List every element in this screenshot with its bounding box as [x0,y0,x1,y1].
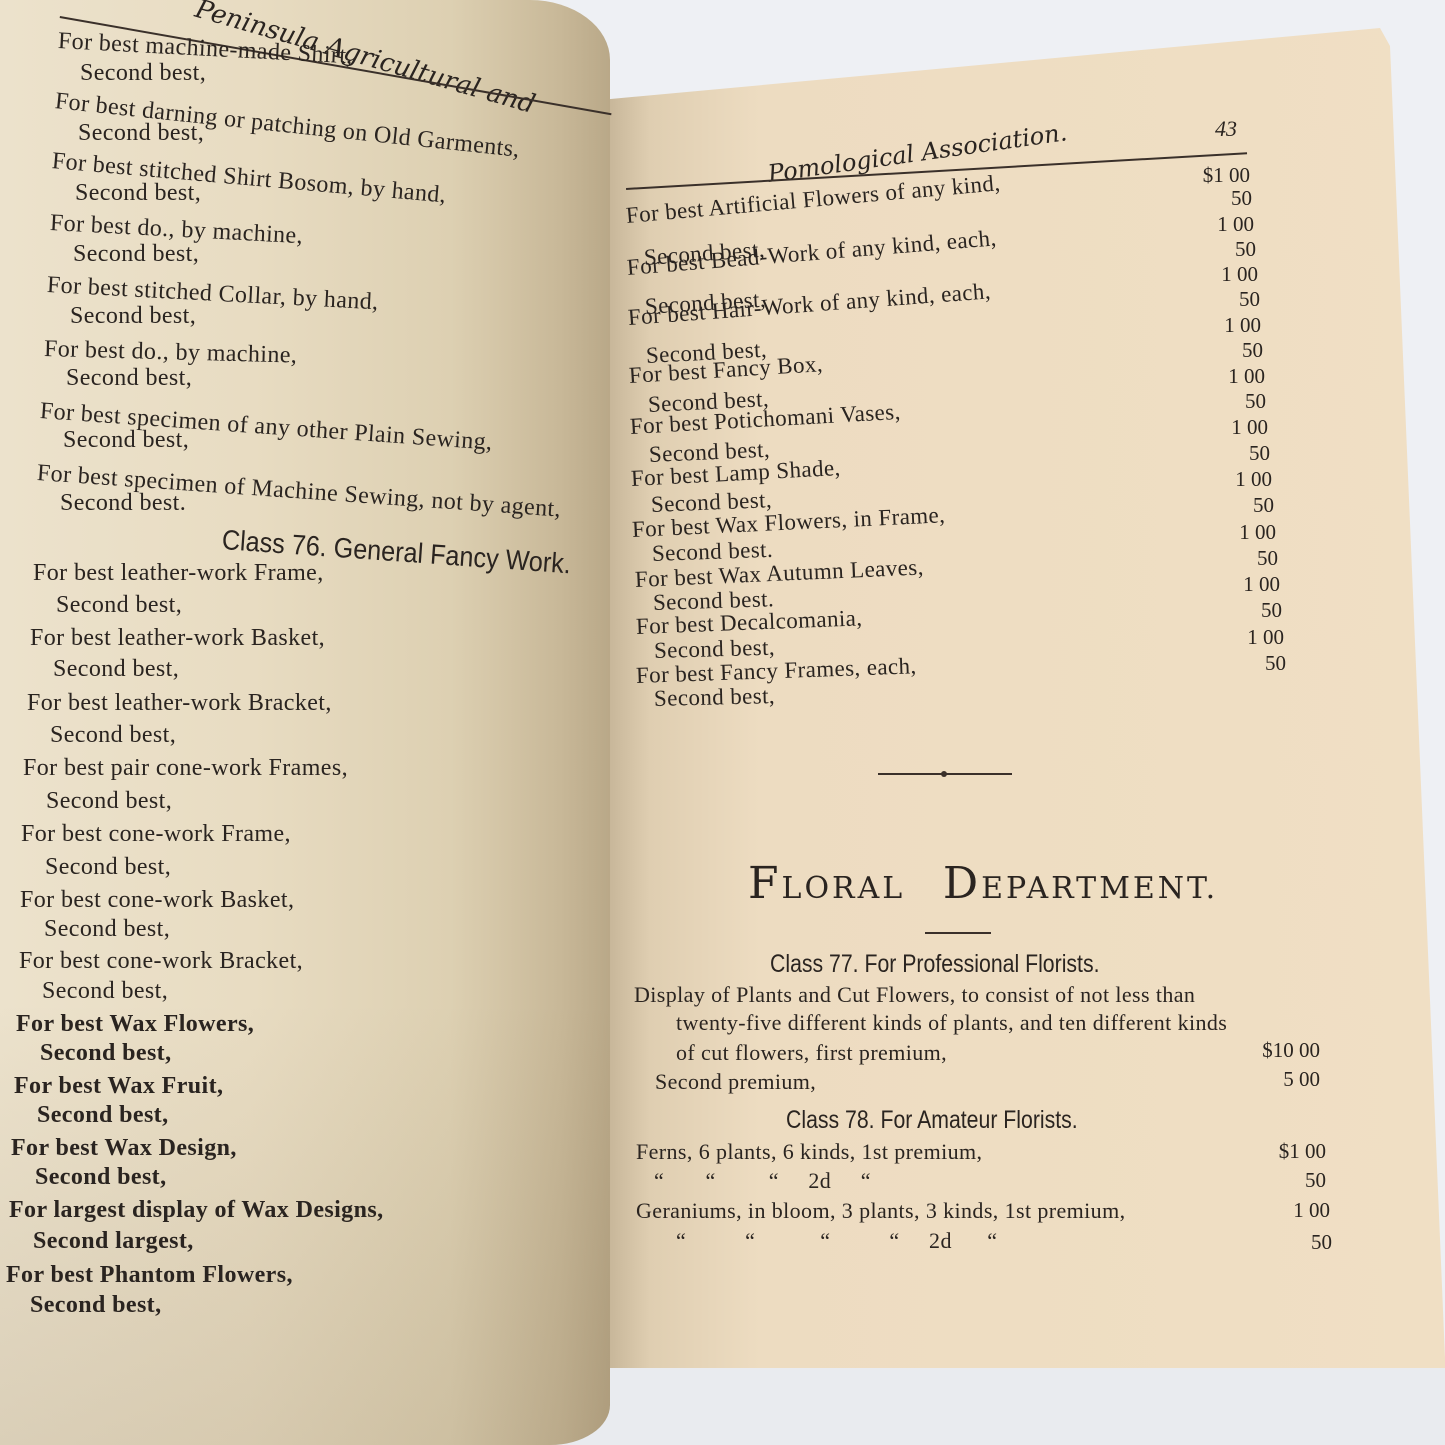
list-item: For best Wax Fruit, [14,1073,223,1100]
list-item: For best Wax Flowers, [16,1011,254,1038]
list-item: Second best, [53,656,179,683]
list-item: Second best, [35,1164,166,1191]
amount: 1 00 [1185,364,1265,389]
list-item: Second best, [40,1040,171,1067]
list-item: For best leather-work Basket, [30,625,325,652]
list-item: Second best. [60,490,186,517]
list-item: For best Wax Design, [11,1135,237,1162]
amount: 1 00 [1204,625,1284,650]
list-item: Second best, [56,592,182,619]
list-item: For best leather-work Bracket, [27,690,332,717]
class-78-row: “ “ “ “ 2d “ [676,1228,997,1254]
list-item: Second best, [654,683,776,712]
amount: 50 [1172,186,1252,211]
list-item: Second best, [42,978,168,1005]
amount: 1 00 [1178,262,1258,287]
class-78-heading: Class 78. For Amateur Florists. [786,1106,1078,1135]
list-item: Second best, [70,303,196,330]
amount: 50 [1202,598,1282,623]
list-item: Second best, [78,120,204,147]
list-item: For best Phantom Flowers, [6,1262,293,1289]
list-item: Second best, [75,180,201,207]
amount: 50 [1176,237,1256,262]
class-77-line: of cut flowers, first premium, [676,1040,947,1066]
list-item: Second best, [50,722,176,749]
list-item: For best cone-work Frame, [21,821,291,848]
list-item: For best Hair-Work of any kind, each, [627,278,992,331]
amount: $1 00 [1170,163,1250,188]
ornament-dot [941,771,947,777]
list-item: For best cone-work Basket, [20,887,294,914]
class-77-heading: Class 77. For Professional Florists. [770,950,1099,979]
title-underline [925,932,991,934]
list-item: Second best, [73,241,199,268]
amount: 1 00 [1250,1198,1330,1223]
amount: 1 00 [1181,313,1261,338]
class-78-row: “ “ “ 2d “ [654,1168,871,1194]
list-item: Second best, [80,60,206,87]
list-item: For best Artificial Flowers of any kind, [625,170,1001,229]
amount: 50 [1206,651,1286,676]
list-item: Second largest, [33,1228,194,1255]
class-77-line: Second premium, [655,1069,816,1095]
list-item: For largest display of Wax Designs, [9,1197,383,1224]
amount: $1 00 [1246,1139,1326,1164]
list-item: Second best, [66,365,192,392]
amount: 50 [1198,546,1278,571]
amount: 1 00 [1188,415,1268,440]
amount: 5 00 [1240,1067,1320,1092]
amount: 50 [1180,287,1260,312]
amount: 50 [1183,338,1263,363]
list-item: For best Bead-Work of any kind, each, [626,225,998,281]
list-item: Second best, [30,1292,161,1319]
list-item: Second best, [46,788,172,815]
list-item: Second best, [63,427,189,454]
list-item: For best leather-work Frame, [33,560,324,587]
amount: 50 [1194,493,1274,518]
list-item: For best pair cone-work Frames, [23,755,348,782]
list-item: Second best, [37,1102,168,1129]
class-77-line: twenty-five different kinds of plants, a… [676,1010,1227,1036]
amount: 50 [1246,1168,1326,1193]
class-77-line: Display of Plants and Cut Flowers, to co… [634,982,1195,1008]
list-item: For best cone-work Bracket, [19,948,303,975]
amount: $10 00 [1240,1038,1320,1063]
department-title: FLORAL DEPARTMENT. [748,858,1218,909]
amount: 1 00 [1200,572,1280,597]
list-item: Second best, [45,854,171,881]
amount: 50 [1190,441,1270,466]
amount: 50 [1252,1230,1332,1255]
class-78-row: Geraniums, in bloom, 3 plants, 3 kinds, … [636,1198,1126,1224]
list-item: Second best, [44,916,170,943]
amount: 50 [1186,389,1266,414]
amount: 1 00 [1174,212,1254,237]
amount: 1 00 [1196,520,1276,545]
class-78-row: Ferns, 6 plants, 6 kinds, 1st premium, [636,1139,982,1165]
amount: 1 00 [1192,467,1272,492]
